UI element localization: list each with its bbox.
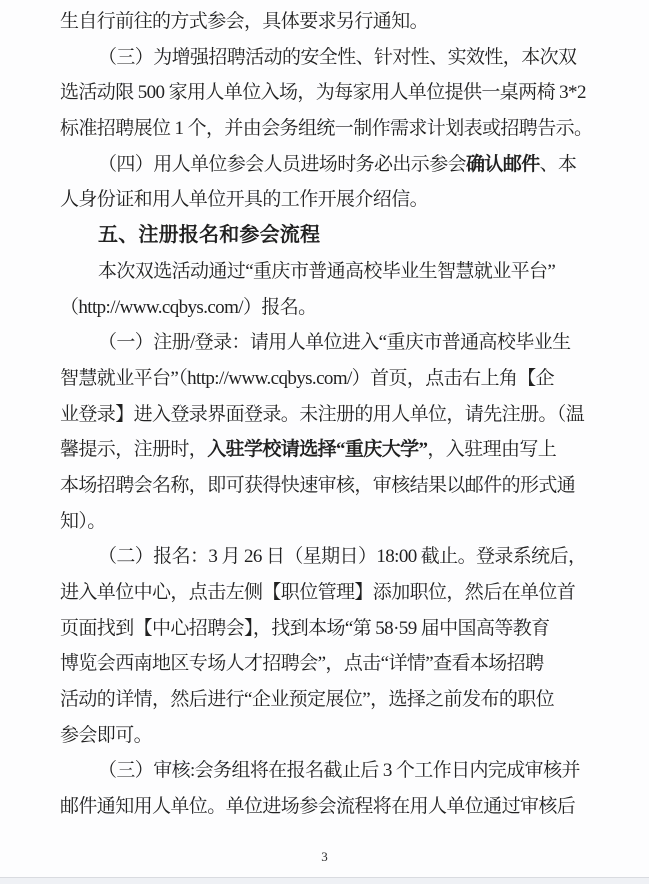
emphasized-text: 五、注册报名和参会流程	[98, 224, 320, 246]
body-text: 参会即可。	[60, 725, 152, 746]
text-line: 本场招聘会名称，即可获得快速审核，审核结果以邮件的形式通	[60, 468, 594, 504]
body-text: 邮件通知用人单位。单位进场参会流程将在用人单位通过审核后	[60, 796, 575, 817]
text-line: 智慧就业平台”（http://www.cqbys.com/）首页，点击右上角【企	[60, 361, 594, 397]
body-text: 知）。	[60, 511, 106, 532]
text-line: （http://www.cqbys.com/）报名。	[60, 290, 594, 326]
body-text: 博览会西南地区专场人才招聘会”，点击“详情”查看本场招聘	[60, 653, 544, 674]
body-text: 馨提示，注册时，	[60, 439, 207, 460]
text-line: 人身份证和用人单位开具的工作开展介绍信。	[60, 182, 594, 218]
body-text: 人身份证和用人单位开具的工作开展介绍信。	[60, 189, 428, 210]
document-body: 生自行前往的方式参会，具体要求另行通知。（三）为增强招聘活动的安全性、针对性、实…	[60, 4, 594, 825]
text-line: 标准招聘展位 1 个，并由会务组统一制作需求计划表或招聘告示。	[60, 111, 594, 147]
body-text: （http://www.cqbys.com/）报名。	[60, 297, 317, 318]
body-text: 活动的详情，然后进行“企业预定展位”，选择之前发布的职位	[60, 689, 554, 710]
body-text: 生自行前往的方式参会，具体要求另行通知。	[60, 11, 428, 32]
body-text: （四）用人单位参会人员进场时务必出示参会	[98, 154, 466, 175]
page-bottom-edge	[0, 877, 649, 884]
emphasized-text: 入驻学校请选择“重庆大学”	[207, 439, 427, 460]
section-heading: 五、注册报名和参会流程	[60, 218, 594, 254]
text-line: 邮件通知用人单位。单位进场参会流程将在用人单位通过审核后	[60, 789, 594, 825]
text-line: 页面找到【中心招聘会】，找到本场“第 58·59 届中国高等教育	[60, 611, 594, 647]
text-line: （二）报名：3 月 26 日（星期日）18:00 截止。登录系统后，	[60, 539, 594, 575]
text-line: 活动的详情，然后进行“企业预定展位”，选择之前发布的职位	[60, 682, 594, 718]
body-text: 标准招聘展位 1 个，并由会务组统一制作需求计划表或招聘告示。	[60, 118, 592, 139]
body-text: 智慧就业平台”（http://www.cqbys.com/）首页，点击右上角【企	[60, 368, 554, 389]
document-page: 生自行前往的方式参会，具体要求另行通知。（三）为增强招聘活动的安全性、针对性、实…	[0, 0, 649, 884]
text-line: 选活动限 500 家用人单位入场，为每家用人单位提供一桌两椅 3*2	[60, 75, 594, 111]
body-text: 本场招聘会名称，即可获得快速审核，审核结果以邮件的形式通	[60, 475, 575, 496]
body-text: 进入单位中心，点击左侧【职位管理】添加职位，然后在单位首	[60, 582, 575, 603]
text-line: 业登录】进入登录界面登录。未注册的用人单位，请先注册。（温	[60, 397, 594, 433]
body-text: 业登录】进入登录界面登录。未注册的用人单位，请先注册。（温	[60, 404, 584, 425]
text-line: 进入单位中心，点击左侧【职位管理】添加职位，然后在单位首	[60, 575, 594, 611]
body-text: 页面找到【中心招聘会】，找到本场“第 58·59 届中国高等教育	[60, 618, 550, 639]
body-text: 、本	[540, 154, 577, 175]
text-line: （三）为增强招聘活动的安全性、针对性、实效性，本次双	[60, 40, 594, 76]
body-text: 选活动限 500 家用人单位入场，为每家用人单位提供一桌两椅 3*2	[60, 82, 586, 103]
body-text: （三）审核:会务组将在报名截止后 3 个工作日内完成审核并	[98, 760, 580, 781]
emphasized-text: 确认邮件	[466, 154, 540, 175]
text-line: （一）注册/登录：请用人单位进入“重庆市普通高校毕业生	[60, 325, 594, 361]
body-text: 本次双选活动通过“重庆市普通高校毕业生智慧就业平台”	[98, 261, 555, 282]
text-line: （三）审核:会务组将在报名截止后 3 个工作日内完成审核并	[60, 753, 594, 789]
page-number: 3	[0, 849, 649, 865]
text-line: 本次双选活动通过“重庆市普通高校毕业生智慧就业平台”	[60, 254, 594, 290]
text-line: 博览会西南地区专场人才招聘会”，点击“详情”查看本场招聘	[60, 646, 594, 682]
text-line: （四）用人单位参会人员进场时务必出示参会确认邮件、本	[60, 147, 594, 183]
text-line: 知）。	[60, 504, 594, 540]
text-line: 生自行前往的方式参会，具体要求另行通知。	[60, 4, 594, 40]
body-text: （一）注册/登录：请用人单位进入“重庆市普通高校毕业生	[98, 332, 571, 353]
body-text: （二）报名：3 月 26 日（星期日）18:00 截止。登录系统后，	[98, 546, 586, 567]
body-text: （三）为增强招聘活动的安全性、针对性、实效性，本次双	[98, 47, 576, 68]
text-line: 参会即可。	[60, 718, 594, 754]
text-line: 馨提示，注册时，入驻学校请选择“重庆大学”，入驻理由写上	[60, 432, 594, 468]
body-text: ，入驻理由写上	[427, 439, 556, 460]
